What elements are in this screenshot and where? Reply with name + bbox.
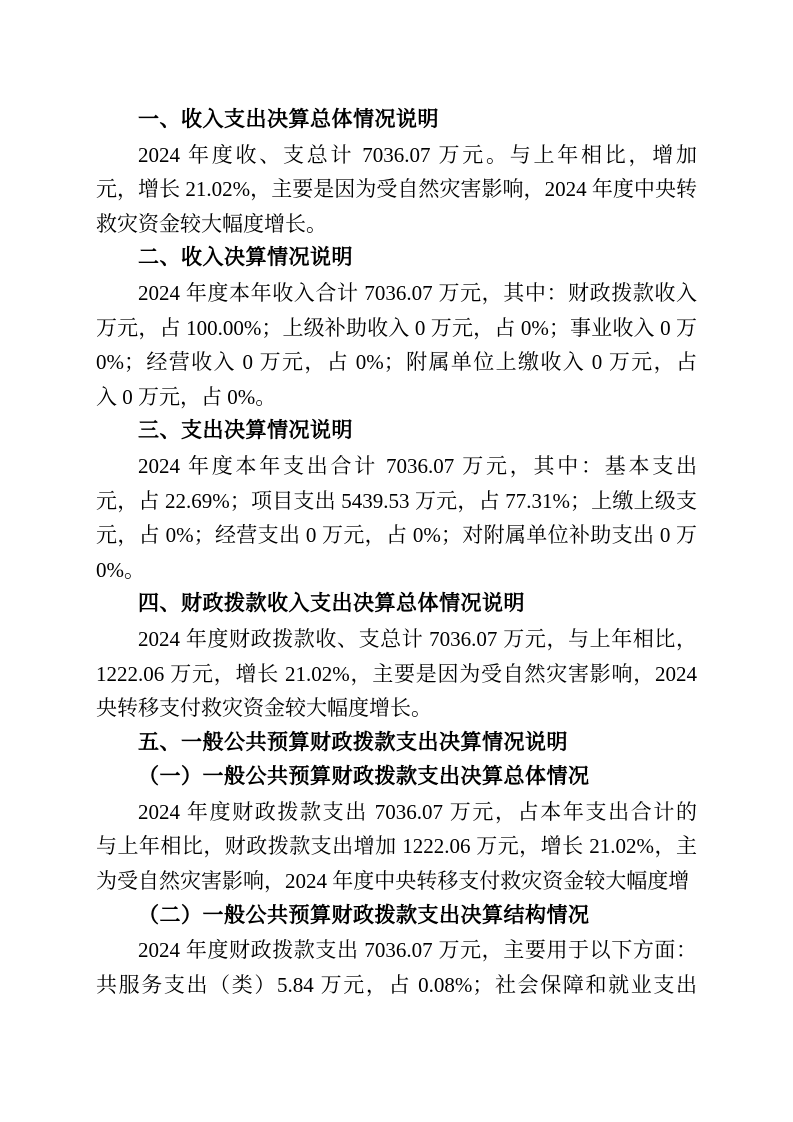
section-4-heading: 四、财政拨款收入支出决算总体情况说明 [96,587,697,622]
section-2-paragraph-line-1: 2024 年度本年收入合计 7036.07 万元，其中：财政拨款收入 7036.… [96,276,697,311]
section-3-paragraph-line-3: 元，占 0%；经营支出 0 万元，占 0%；对附属单位补助支出 0 万元，占 [96,518,697,553]
section-4-paragraph-line-2: 1222.06 万元，增长 21.02%，主要是因为受自然灾害影响，2024 年… [96,657,697,692]
section-1-paragraph-line-2: 元，增长 21.02%，主要是因为受自然灾害影响，2024 年度中央转移支付 [96,172,697,207]
section-2-paragraph-line-4: 入 0 万元，占 0%。 [96,380,697,415]
section-3-paragraph-line-1: 2024 年度本年支出合计 7036.07 万元，其中：基本支出 1596.54… [96,449,697,484]
section-5-subsection-1-heading: （一）一般公共预算财政拨款支出决算总体情况 [96,760,697,795]
section-3-heading: 三、支出决算情况说明 [96,414,697,449]
section-2-paragraph-line-3: 0%；经营收入 0 万元，占 0%；附属单位上缴收入 0 万元，占 0%；其他收 [96,345,697,380]
section-4-paragraph-line-3: 央转移支付救灾资金较大幅度增长。 [96,691,697,726]
section-3-paragraph-line-4: 0%。 [96,553,697,588]
document-page: 一、收入支出决算总体情况说明 2024 年度收、支总计 7036.07 万元。与… [0,0,793,1122]
section-1-paragraph-line-3: 救灾资金较大幅度增长。 [96,207,697,242]
section-5-subsection-1-paragraph-line-2: 与上年相比，财政拨款支出增加 1222.06 万元，增长 21.02%，主要是因 [96,829,697,864]
section-5-subsection-2-paragraph-line-1: 2024 年度财政拨款支出 7036.07 万元，主要用于以下方面：一般公 [96,933,697,968]
section-4-paragraph-line-1: 2024 年度财政拨款收、支总计 7036.07 万元，与上年相比，增加 [96,622,697,657]
section-5-subsection-1-paragraph-line-1: 2024 年度财政拨款支出 7036.07 万元，占本年支出合计的 100.00… [96,795,697,830]
section-3-paragraph-line-2: 元，占 22.69%；项目支出 5439.53 万元，占 77.31%；上缴上级… [96,484,697,519]
section-5-subsection-2-paragraph-line-2: 共服务支出（类）5.84 万元，占 0.08%；社会保障和就业支出（类） [96,968,697,1003]
section-5-subsection-1-paragraph-line-3: 为受自然灾害影响，2024 年度中央转移支付救灾资金较大幅度增长。 [96,864,697,899]
section-2-paragraph-line-2: 万元，占 100.00%；上级补助收入 0 万元，占 0%；事业收入 0 万元，… [96,311,697,346]
section-1-heading: 一、收入支出决算总体情况说明 [96,103,697,138]
section-5-heading: 五、一般公共预算财政拨款支出决算情况说明 [96,726,697,761]
section-5-subsection-2-heading: （二）一般公共预算财政拨款支出决算结构情况 [96,899,697,934]
section-2-heading: 二、收入决算情况说明 [96,241,697,276]
section-1-paragraph-line-1: 2024 年度收、支总计 7036.07 万元。与上年相比，增加 1222.06… [96,138,697,173]
